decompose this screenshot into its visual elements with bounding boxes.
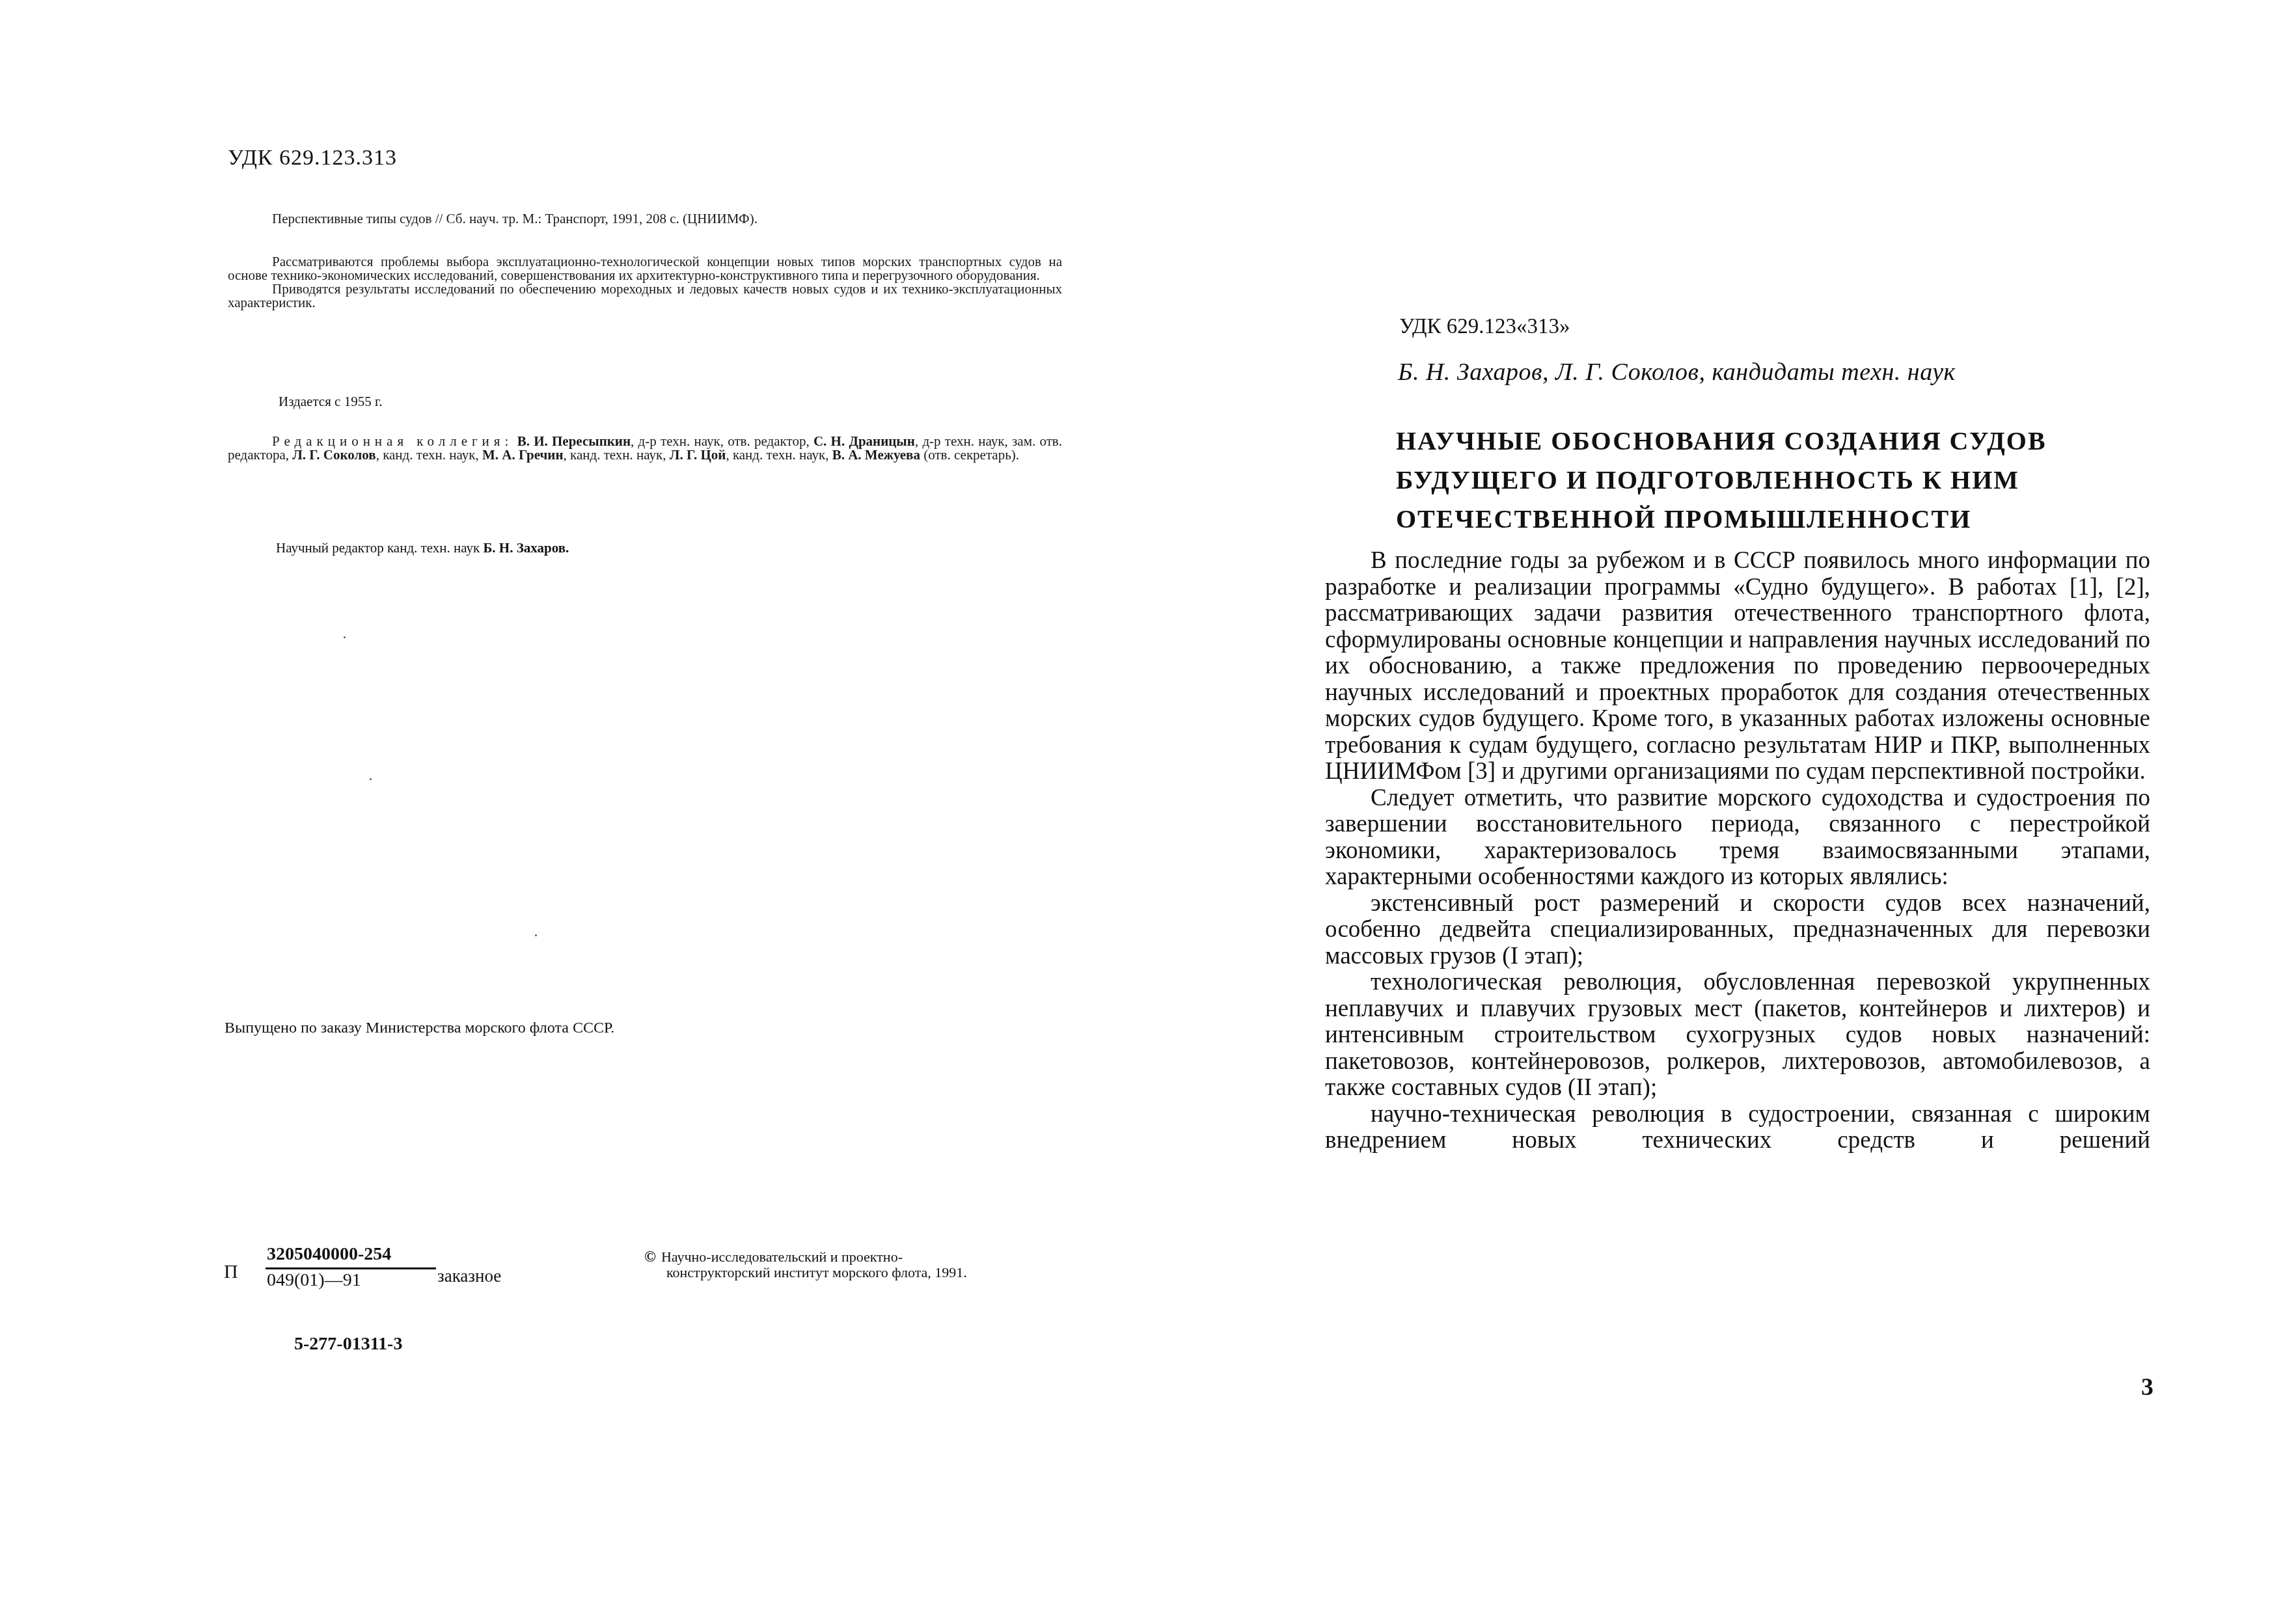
index-suffix: заказное — [437, 1266, 501, 1286]
page-number: 3 — [2141, 1373, 2153, 1401]
article-authors: Б. Н. Захаров, Л. Г. Соколов, кандидаты … — [1398, 358, 1956, 386]
title-line: отечественной промышленности — [1396, 500, 2177, 539]
copyright-notice: ©Научно-исследовательский и проектно- ко… — [644, 1249, 1048, 1280]
print-speck — [535, 934, 537, 936]
abstract-paragraph: Приводятся результаты исследований по об… — [228, 282, 1062, 310]
udk-code-right: УДК 629.123«313» — [1399, 315, 1570, 339]
scientific-editor-name: Б. Н. Захаров. — [483, 540, 569, 556]
board-member-name: Л. Г. Цой — [670, 447, 726, 463]
bibliographic-citation: Перспективные типы судов // Сб. науч. тр… — [228, 212, 1062, 226]
board-member-name: Л. Г. Соколов — [292, 447, 376, 463]
board-member-role: , канд. техн. наук, — [726, 447, 832, 463]
copyright-icon: © — [644, 1249, 656, 1265]
scientific-editor-label: Научный редактор канд. техн. наук — [276, 540, 483, 556]
title-line: Научные обоснования создания судов — [1396, 422, 2177, 461]
abstract-text-1: Рассматриваются проблемы выбора эксплуат… — [228, 254, 1062, 283]
board-member-name: М. А. Гречин — [482, 447, 564, 463]
index-letter: П — [224, 1261, 238, 1283]
published-since: Издается с 1955 г. — [279, 394, 382, 410]
publication-index: П 3205040000-254 049(01)—91 заказное — [221, 1244, 612, 1303]
fraction-line — [266, 1267, 436, 1269]
copyright-rest: конструкторский институт морского флота,… — [644, 1265, 1048, 1280]
abstract: Рассматриваются проблемы выбора эксплуат… — [228, 255, 1062, 310]
print-speck — [370, 778, 372, 780]
title-line: будущего и подготовленность к ним — [1396, 461, 2177, 500]
ministry-note: Выпущено по заказу Министерства морского… — [225, 1020, 614, 1037]
index-denominator: 049(01)—91 — [267, 1270, 361, 1291]
board-member-role: , канд. техн. наук, — [564, 447, 670, 463]
body-paragraph: технологическая революция, обусловленная… — [1325, 969, 2150, 1102]
copyright-first-line: Научно-исследовательский и проектно- — [661, 1249, 903, 1265]
udk-code-left: УДК 629.123.313 — [228, 146, 397, 170]
scientific-editor: Научный редактор канд. техн. наук Б. Н. … — [276, 540, 569, 556]
body-paragraph: Следует отметить, что развитие морского … — [1325, 785, 2150, 891]
board-member-role: (отв. секретарь). — [920, 447, 1019, 463]
print-speck — [344, 636, 346, 638]
index-numerator: 3205040000-254 — [267, 1244, 391, 1265]
board-member-role: , канд. техн. наук, — [376, 447, 482, 463]
isbn: 5-277-01311-3 — [294, 1334, 402, 1355]
board-member-name: В. А. Межуева — [832, 447, 920, 463]
editorial-board: Редакционная коллегия: В. И. Пересыпкин,… — [228, 435, 1062, 462]
abstract-paragraph: Рассматриваются проблемы выбора эксплуат… — [228, 255, 1062, 282]
body-paragraph: В последние годы за рубежом и в СССР поя… — [1325, 548, 2150, 785]
body-paragraph: научно-техническая революция в судострое… — [1325, 1102, 2150, 1154]
body-paragraph: экстенсивный рост размерений и скорости … — [1325, 891, 2150, 970]
article-body: В последние годы за рубежом и в СССР поя… — [1325, 548, 2150, 1154]
citation-text: Перспективные типы судов // Сб. науч. тр… — [272, 211, 758, 226]
article-title: Научные обоснования создания судов будущ… — [1396, 422, 2177, 539]
abstract-text-2: Приводятся результаты исследований по об… — [228, 281, 1062, 310]
